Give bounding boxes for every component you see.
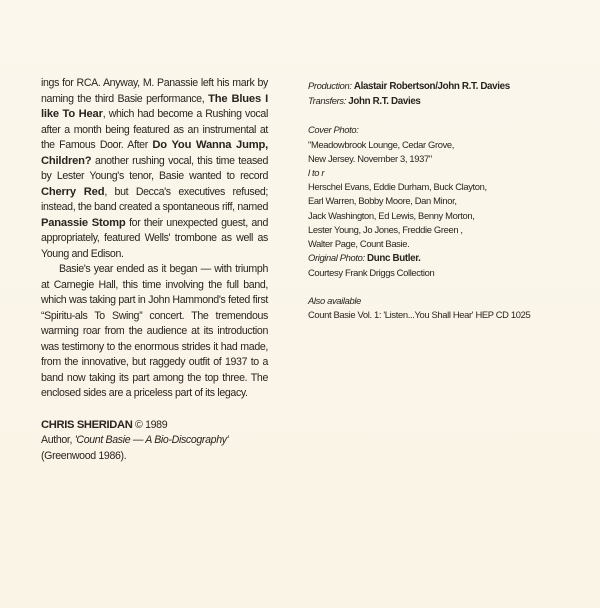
personnel-line: Herschel Evans, Eddie Durham, Buck Clayt… (308, 180, 568, 194)
copyright-year: © 1989 (132, 419, 167, 431)
author-name: CHRIS SHERIDAN (41, 419, 132, 431)
author-prefix: Author, (41, 434, 75, 446)
personnel-line: Earl Warren, Bobby Moore, Dan Minor, (308, 194, 568, 208)
original-photo-credit: Original Photo: Dunc Butler. (308, 251, 568, 266)
signature-line: CHRIS SHERIDAN © 1989 (41, 418, 268, 434)
song-title: Do You Wanna Jump, Children? (41, 139, 268, 167)
transfers-label: Transfers: (308, 95, 346, 106)
essay-paragraph-2: Basie's year ended as it began — with tr… (41, 262, 268, 402)
essay-column: ings for RCA. Anyway, M. Panassie left h… (41, 76, 268, 464)
credits-column: Production: Alastair Robertson/John R.T.… (308, 79, 568, 322)
author-credit: Author, 'Count Basie — A Bio-Discography… (41, 433, 268, 449)
production-value: Alastair Robertson/John R.T. Davies (354, 81, 510, 92)
author-signature: CHRIS SHERIDAN © 1989 Author, 'Count Bas… (41, 418, 268, 465)
essay-paragraph-1: ings for RCA. Anyway, M. Panassie left h… (41, 76, 268, 262)
transfers-credit: Transfers: John R.T. Davies (308, 94, 568, 109)
publisher: (Greenwood 1986). (41, 449, 268, 465)
production-credit: Production: Alastair Robertson/John R.T.… (308, 79, 568, 94)
also-available-label: Also available (308, 294, 568, 308)
cover-photo-caption-line: "Meadowbrook Lounge, Cedar Grove, (308, 138, 568, 152)
original-photo-label: Original Photo: (308, 252, 365, 263)
transfers-value: John R.T. Davies (348, 96, 420, 107)
cover-photo-caption-line: New Jersey. November 3, 1937" (308, 152, 568, 166)
book-title: 'Count Basie — A Bio-Discography' (75, 434, 229, 446)
song-title: Cherry Red (41, 186, 104, 198)
personnel-line: Jack Washington, Ed Lewis, Benny Morton, (308, 209, 568, 223)
song-title: Panassie Stomp (41, 217, 126, 229)
personnel-line: Lester Young, Jo Jones, Freddie Green , (308, 223, 568, 237)
original-photo-value: Dunc Butler. (367, 253, 421, 264)
cover-photo-label: Cover Photo: (308, 123, 568, 137)
production-label: Production: (308, 80, 352, 91)
also-available-item: Count Basie Vol. 1: 'Listen...You Shall … (308, 308, 568, 322)
song-title: The Blues I like To Hear (41, 93, 268, 121)
l-to-r-label: l to r (308, 166, 568, 180)
liner-notes-page: ings for RCA. Anyway, M. Panassie left h… (0, 0, 600, 608)
personnel-line: Walter Page, Count Basie. (308, 237, 568, 251)
courtesy-credit: Courtesy Frank Driggs Collection (308, 266, 568, 280)
